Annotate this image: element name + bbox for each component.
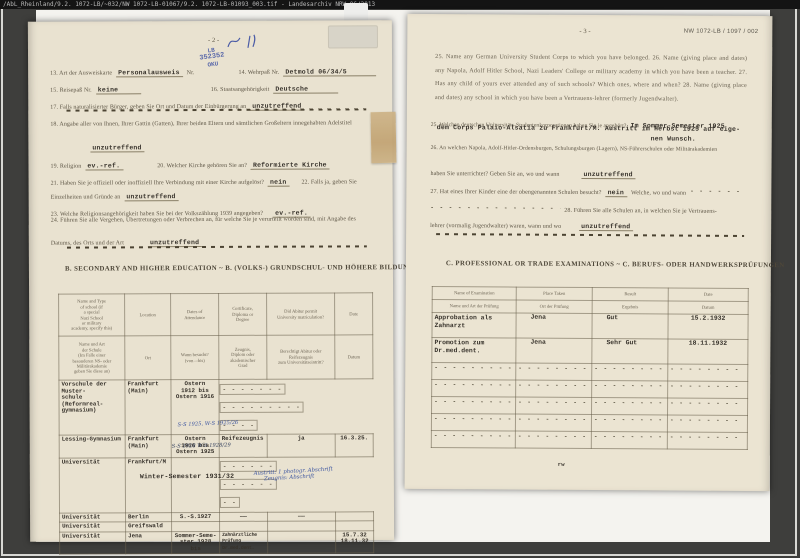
exam-hde-3: Datum	[668, 301, 748, 314]
left-page: - 2 - 13. Art der Ausweiskarte Personala…	[28, 20, 394, 542]
q22-label: 22. Falls ja, geben Sie	[301, 179, 356, 185]
edu-hen-1: Location	[125, 294, 171, 336]
edu-cell: Frankfurt (Main)	[125, 380, 171, 435]
dash-cell: - - - - - - - - - - - - - - - - - -	[670, 434, 744, 441]
exam-row-1: Promotion zum Dr.med.dent. Jena Sehr Gut…	[432, 338, 748, 365]
edu-row-5: Universität Jena Sommer-Seme- ster 1928 …	[60, 530, 374, 554]
edu-cell: Frankfurt/M	[125, 457, 171, 512]
q14-answer: Detmold 06/34/5	[283, 68, 376, 76]
exam-hde-0: Name und Art der Prüfung	[432, 300, 516, 314]
q26-label2: haben Sie unterrichtet? Geben Sie an, wo…	[430, 171, 559, 178]
edu-cell: ja	[267, 434, 335, 457]
edu-cell	[336, 521, 374, 531]
footer-mark: rw	[558, 461, 565, 468]
edu-cell: Zahnärztliche Prüfung Dr.med.dent.	[220, 531, 268, 554]
edu-hde-0: Name und Art der Schule (Im Falle einer …	[59, 336, 125, 380]
dash-cell: - - - - - - - - - - - - - - - - - -	[518, 433, 588, 440]
right-page: - 3 - NW 1072-LB / 1097 / 002 25. Name a…	[405, 14, 773, 491]
q27-dashes: - - - - - - - - - - - - - - - - - - - - …	[690, 187, 742, 194]
q26-label1: 26. An welchen Napola, Adolf-Hitler-Orde…	[431, 145, 718, 153]
exam-row-0: Approbation als Zahnarzt Jena Gut 15.2.1…	[432, 313, 748, 340]
edu-cell: 16.3.25.	[335, 434, 373, 457]
dash-cell: - - - - - - - - - - - - - - - - - -	[594, 433, 664, 440]
edu-hde-1: Ort	[125, 336, 171, 380]
edu-cell: Universität	[60, 531, 126, 554]
faded-stamp-box	[328, 25, 378, 48]
dash-cell: - - - - - - - - - - - - - - - - - -	[670, 383, 744, 390]
edu-cell: Lessing-Gymnasium	[59, 435, 125, 458]
edu-cell: Universität	[60, 512, 126, 522]
window-titlebar: /AbL_Rheinland/9.2. 1072-LB/~032/NW 1072…	[0, 0, 800, 9]
q18-answer: unzutreffend	[90, 144, 144, 152]
dash-cell: - - - - - - - - - - - - - - - - - -	[594, 382, 664, 389]
q16-label: 16. Staatsangehörigkeit	[211, 87, 270, 93]
exam-hen-3: Date	[668, 288, 748, 301]
edu-cell: ——	[220, 512, 268, 522]
question-22-row: Einzelheiten und Gründe an unzutreffend	[51, 185, 179, 204]
q13-label: 13. Art der Ausweiskarte	[50, 70, 112, 76]
edu-cell	[172, 521, 220, 531]
q16-answer: Deutsche	[273, 85, 338, 93]
q27-label2: Welche, wo und wann	[631, 190, 686, 196]
exam-cell: Approbation als Zahnarzt	[432, 313, 516, 339]
edu-hde-2: Wann besucht? (von—bis)	[171, 335, 219, 379]
dashed-separator-2	[67, 245, 367, 248]
edu-hde-5: Datum	[335, 335, 373, 379]
dash-cell: - - - - - - - - - - - - - - - - - -	[594, 416, 664, 423]
edu-hen-3: Certificate, Diploma or Degree	[219, 293, 267, 335]
exam-hen-1: Place Taken	[516, 287, 592, 300]
edu-cell: Jena	[126, 531, 172, 554]
edu-row-0: Vorschule der Muster- schule (Reformreal…	[59, 379, 373, 435]
q22-answer: unzutreffend	[124, 193, 178, 201]
edu-cell: Sommer-Seme- ster 1928 bis	[172, 531, 220, 554]
edu-cell: Universität	[60, 522, 126, 532]
edu-hde-3: Zeugnis, Diplom oder akademischer Grad	[219, 335, 267, 379]
edu-cell: - - - - - - -	[219, 384, 285, 395]
exam-empty-row: - - - - - - - - - - - - - - - - - - - - …	[431, 414, 747, 433]
edu-cell: - -	[220, 497, 240, 508]
exam-hde-1: Ort der Prüfung	[516, 300, 592, 313]
q18-answer-row: unzutreffend	[90, 136, 144, 154]
q27-answer: nein	[606, 189, 627, 197]
edu-header-de: Name und Art der Schule (Im Falle einer …	[59, 335, 373, 380]
edu-cell: Vorschule der Muster- schule (Reformreal…	[59, 380, 125, 435]
q14-label: 14. Wehrpaß Nr.	[238, 70, 279, 76]
exam-cell: Gut	[592, 314, 668, 339]
q22-label2: Einzelheiten und Gründe an	[51, 194, 121, 200]
exam-hen-2: Result	[592, 288, 668, 301]
dash-cell: - - - - - - - - - - - - - - - - - -	[518, 382, 588, 389]
q28-answer: unzutreffend	[579, 223, 633, 231]
q25-answer2: dem Corps Palaio-Alsatia zu Frankfurt/M.…	[437, 124, 740, 133]
q27-label: 27. Hat eines Ihrer Kinder eine der oben…	[430, 189, 601, 196]
dash-cell: - - - - - - - - - - - - - - - - - -	[670, 417, 744, 424]
q19-label: 19. Religion	[50, 164, 81, 170]
dash-cell: - - - - - - - - - - - - - - - - - -	[518, 365, 588, 372]
exam-hen-0: Name of Examination	[432, 287, 516, 301]
dash-cell: - - - - - - - - - - - - - - - - - -	[594, 365, 664, 372]
dash-cell: - - - - - - - - - - - - - - - - - -	[434, 381, 512, 388]
q18-label: 18. Angabe aller von Ihnen, Ihrer Gattin…	[50, 120, 380, 127]
edu-cell	[268, 521, 336, 531]
edu-hen-4: Did Abitur permit University matriculati…	[267, 293, 335, 335]
dashed-separator-3	[436, 233, 744, 237]
edu-overflow-line: Winter-Semester 1931/32	[140, 473, 234, 480]
dash-cell: - - - - - - - - - - - - - - - - - -	[670, 366, 744, 373]
edu-cell	[336, 511, 374, 521]
q20-label: 20. Welcher Kirche gehören Sie an?	[157, 163, 247, 169]
dash-cell: - - - - - - - - - - - - - - - - - -	[518, 416, 588, 423]
q28-dashes: - - - - - - - - - - - - - - - - - - - - …	[430, 204, 560, 212]
q21-answer: nein	[268, 179, 289, 187]
exam-empty-row: - - - - - - - - - - - - - - - - - - - - …	[432, 397, 748, 416]
q13-nr-label: Nr.	[187, 70, 195, 76]
q28-label2: lehrer (vormalig Jugendwalter) waren, wa…	[430, 223, 561, 230]
exam-empty-row: - - - - - - - - - - - - - - - - - - - - …	[431, 431, 747, 450]
tape-patch	[371, 112, 397, 163]
page-number-left: - 2 -	[208, 37, 219, 44]
q19-answer: ev.-ref.	[85, 162, 123, 170]
edu-hen-5: Date	[335, 293, 373, 335]
archive-reference: NW 1072-LB / 1097 / 002	[684, 29, 759, 35]
edu-cell	[171, 457, 219, 512]
section-c-heading: C. PROFESSIONAL OR TRADE EXAMINATIONS ~ …	[446, 260, 785, 269]
page-number-right: - 3 -	[579, 28, 590, 35]
edu-hen-0: Name and Type of school (if a special Na…	[59, 294, 125, 336]
exam-hde-2: Ergebnis	[592, 301, 668, 314]
q24-label: 24. Führen Sie alle Vergehen, Übertretun…	[51, 216, 383, 223]
edu-hde-4: Berechtigt Abitur oder Reifezeugnis zum …	[267, 335, 335, 379]
exam-empty-row: - - - - - - - - - - - - - - - - - - - - …	[432, 380, 748, 399]
dash-cell: - - - - - - - - - - - - - - - - - -	[594, 399, 664, 406]
blue-pencil-mark	[226, 33, 260, 51]
exam-empty-row: - - - - - - - - - - - - - - - - - - - - …	[432, 363, 748, 382]
edu-cell: Greifswald	[126, 522, 172, 532]
edu-cell	[220, 521, 268, 531]
q15-label: 15. Reisepaß Nr.	[50, 88, 92, 94]
edu-cell	[268, 530, 336, 553]
exam-cell: Jena	[516, 338, 592, 363]
dash-cell: - - - - - - - - - - - - - - - - - -	[434, 364, 512, 371]
edu-hen-2: Dates of Attendance	[171, 293, 219, 335]
question-28-row2: lehrer (vormalig Jugendwalter) waren, wa…	[430, 214, 633, 233]
edu-cell: Berlin	[126, 512, 172, 522]
question-26-row: haben Sie unterrichtet? Geben Sie an, wo…	[430, 162, 635, 181]
blue-id-stamp: LB 352352 OKU	[193, 45, 231, 70]
edu-cell: Frankfurt (Main)	[125, 435, 171, 458]
dash-cell: - - - - - - - - - - - - - - - - - -	[670, 400, 744, 407]
question-27-row: 27. Hat eines Ihrer Kinder eine der oben…	[430, 180, 750, 200]
edu-row-2: Universität Frankfurt/M - - - - - - - - …	[59, 456, 373, 512]
q28-label1: 28. Führen Sie alle Schulen an, in welch…	[564, 208, 717, 215]
q25-answer3: nen Wunsch.	[651, 135, 696, 142]
q20-answer: Reformierte Kirche	[251, 161, 330, 169]
q15-answer: keine	[96, 86, 141, 94]
dash-cell: - - - - - - - - - - - - - - - - - -	[434, 398, 512, 405]
edu-cell: S.-S.1927	[172, 512, 220, 522]
dash-cell: - - - - - - - - - - - - - - - - - -	[434, 415, 512, 422]
edu-cell: - - - - - - - - -	[220, 401, 304, 412]
edu-cell: 15.7.32 18.11.32	[336, 530, 374, 553]
edu-cell: Universität	[59, 457, 125, 512]
exam-cell: 18.11.1932	[668, 339, 748, 364]
exam-cell: Jena	[516, 313, 592, 338]
dash-cell: - - - - - - - - - - - - - - - - - -	[518, 399, 588, 406]
edu-header-en: Name and Type of school (if a special Na…	[59, 293, 373, 336]
examinations-table: Name of Examination Place Taken Result D…	[431, 286, 749, 450]
q13-answer: Personalausweis	[116, 69, 183, 77]
exam-cell: Promotion zum Dr.med.dent.	[432, 338, 516, 364]
intro-paragraph-english: 25. Name any German University Student C…	[435, 50, 747, 106]
exam-cell: Sehr Gut	[592, 339, 668, 364]
section-b-heading: B. SECONDARY AND HIGHER EDUCATION ~ B. (…	[65, 264, 414, 273]
viewer-window: { "titlebar": { "text": "/AbL_Rheinland/…	[0, 0, 800, 558]
edu-cell: ——	[268, 511, 336, 521]
dash-cell: - - - - - - - - - - - - - - - - - -	[434, 432, 512, 439]
q26-answer: unzutreffend	[581, 171, 635, 179]
exam-cell: 15.2.1932	[668, 314, 748, 339]
